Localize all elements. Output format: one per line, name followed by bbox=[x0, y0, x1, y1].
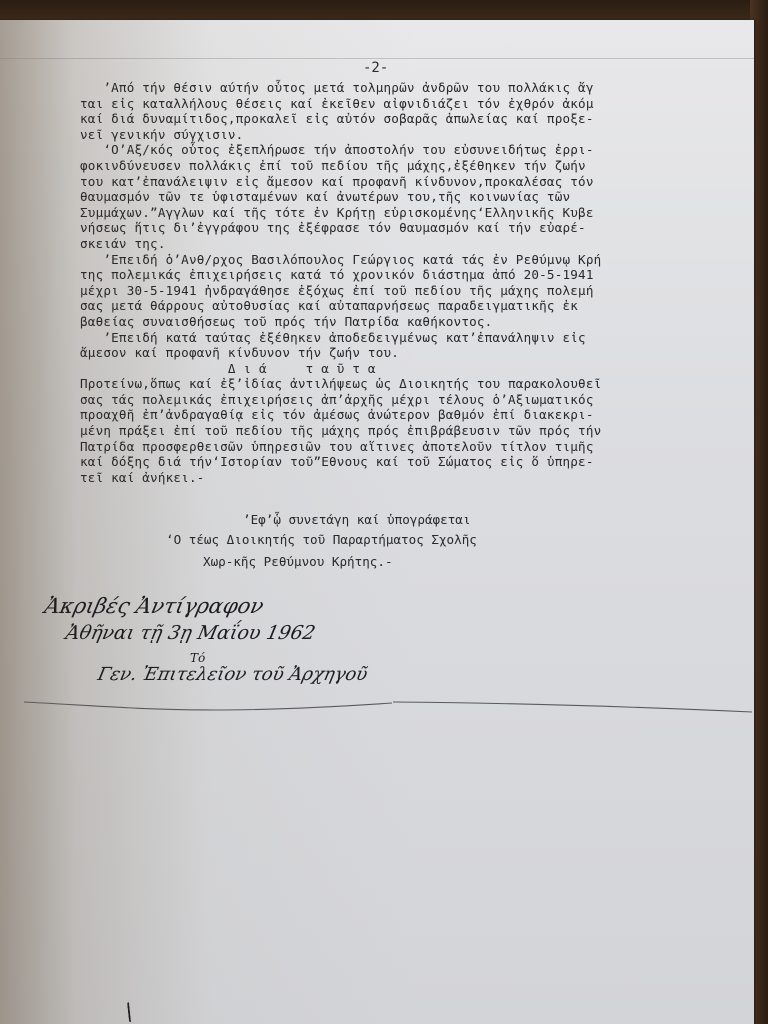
typed-separator-rule bbox=[0, 0, 754, 1004]
pen-mark bbox=[127, 1002, 134, 1022]
document-page: -2- ’Από τήν θέσιν αύτήν οὗτος μετά τολμ… bbox=[0, 20, 754, 1024]
